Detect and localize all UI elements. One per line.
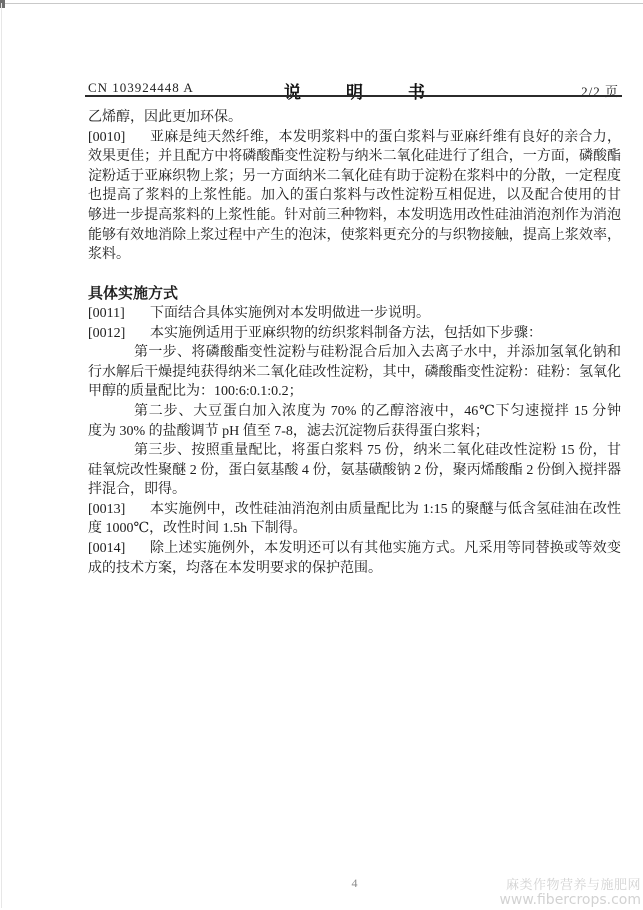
text-line: 乙烯醇，因此更加环保。 xyxy=(88,108,621,128)
scan-left-edge xyxy=(1,3,2,908)
text-line: 浆料。 xyxy=(88,245,621,265)
section-heading: 具体实施方式 xyxy=(88,284,621,304)
watermark-url: www.fibercrops.com xyxy=(421,893,641,908)
text-line: 行水解后干燥提纯获得纳米二氧化硅改性淀粉，其中，磷酸酯变性淀粉：硅粉：氢氧化钠： xyxy=(88,363,621,383)
text-line: 度 1000℃，改性时间 1.5h 下制得。 xyxy=(88,519,621,539)
header-rule xyxy=(85,95,622,97)
page-indicator: 2/2 页 xyxy=(581,81,619,100)
text-line: 能够有效地消除上浆过程中产生的泡沫，使浆料更充分的与织物接触，提高上浆效率，节约 xyxy=(88,226,621,246)
text-line: 甲醇的质量配比为：100:6:0.1:0.2； xyxy=(88,382,621,402)
text-line: [0012]本实施例适用于亚麻织物的纺织浆料制备方法，包括如下步骤： xyxy=(88,324,621,344)
text-line: [0013]本实施例中，改性硅油消泡剂由质量配比为 1:15 的聚醚与低含氢硅油… xyxy=(88,500,621,520)
text-line: [0010]亚麻是纯天然纤维，本发明浆料中的蛋白浆料与亚麻纤维有良好的亲合力，浸… xyxy=(88,128,621,148)
text-line: 也提高了浆料的上浆性能。加入的蛋白浆料与改性淀粉互相促进，以及配合使用的甘油，能 xyxy=(88,186,621,206)
text-line: 拌混合，即得。 xyxy=(88,480,621,500)
text-line: 够进一步提高浆料的上浆性能。针对前三种物料，本发明选用改性硅油消泡剂作为消泡剂， xyxy=(88,206,621,226)
watermark: 麻类作物营养与施肥网 www.fibercrops.com xyxy=(421,878,641,908)
text-line: 效果更佳；并且配方中将磷酸酯变性淀粉与纳米二氧化硅进行了组合，一方面，磷酸酯变性 xyxy=(88,147,621,167)
text-line: [0011]下面结合具体实施例对本发明做进一步说明。 xyxy=(88,304,621,324)
paragraph-number: [0010] xyxy=(88,128,150,148)
paragraph-number: [0012] xyxy=(88,324,150,344)
blank-line xyxy=(88,265,621,285)
paragraph-text: 本实施例适用于亚麻织物的纺织浆料制备方法，包括如下步骤： xyxy=(150,324,621,344)
paragraph-number: [0011] xyxy=(88,304,150,324)
text-line: 硅氧烷改性聚醚 2 份，蛋白氨基酸 4 份，氨基磺酸钠 2 份，聚丙烯酸酯 2 … xyxy=(88,461,621,481)
text-line: 度为 30% 的盐酸调节 pH 值至 7-8，滤去沉淀物后获得蛋白浆料； xyxy=(88,422,621,442)
document-title: 说 明 书 xyxy=(88,78,621,103)
paragraph-text: 除上述实施例外，本发明还可以有其他实施方式。凡采用等同替换或等效变换形 xyxy=(150,539,621,559)
watermark-site-name: 麻类作物营养与施肥网 xyxy=(421,878,641,893)
text-line: 第二步、大豆蛋白加入浓度为 70% 的乙醇溶液中，46℃下匀速搅拌 15 分钟后… xyxy=(88,402,621,422)
document-body: 乙烯醇，因此更加环保。[0010]亚麻是纯天然纤维，本发明浆料中的蛋白浆料与亚麻… xyxy=(88,108,621,578)
paragraph-text: 亚麻是纯天然纤维，本发明浆料中的蛋白浆料与亚麻纤维有良好的亲合力，浸润 xyxy=(150,128,621,148)
text-line: 成的技术方案，均落在本发明要求的保护范围。 xyxy=(88,559,621,579)
text-line: 淀粉适于亚麻织物上浆；另一方面纳米二氧化硅有助于淀粉在浆料中的分散，一定程度上 xyxy=(88,167,621,187)
paragraph-number: [0013] xyxy=(88,500,150,520)
paragraph-text: 下面结合具体实施例对本发明做进一步说明。 xyxy=(150,304,621,324)
paragraph-text: 本实施例中，改性硅油消泡剂由质量配比为 1:15 的聚醚与低含氢硅油在改性温 xyxy=(150,500,621,520)
text-line: 第一步、将磷酸酯变性淀粉与硅粉混合后加入去离子水中，并添加氢氧化钠和甲醇，进 xyxy=(88,343,621,363)
text-line: [0014]除上述实施例外，本发明还可以有其他实施方式。凡采用等同替换或等效变换… xyxy=(88,539,621,559)
scan-edge-line xyxy=(0,3,643,4)
page-header: CN 103924448 A 说 明 书 2/2 页 xyxy=(88,78,621,96)
paragraph-number: [0014] xyxy=(88,539,150,559)
text-line: 第三步、按照重量配比，将蛋白浆料 75 份，纳米二氧化硅改性淀粉 15 份，甘油… xyxy=(88,441,621,461)
